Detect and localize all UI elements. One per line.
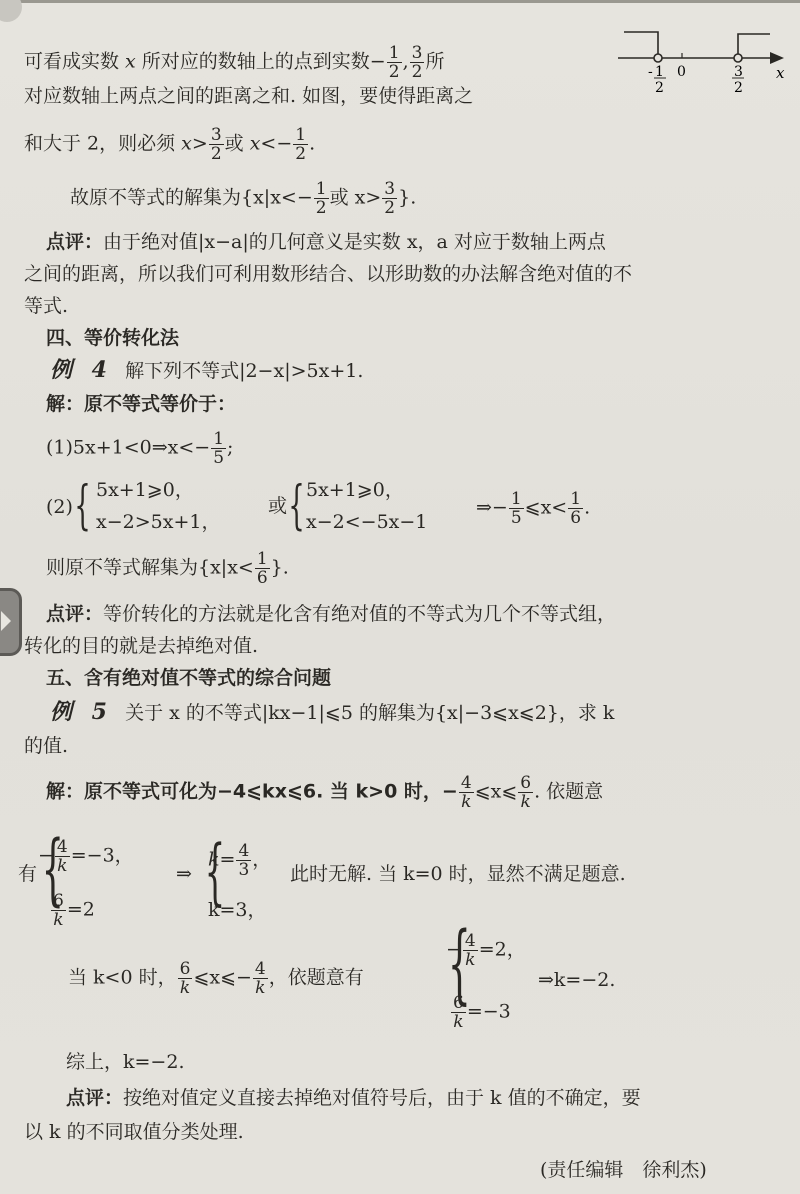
text: ,	[403, 51, 409, 73]
numerator: 4	[236, 842, 251, 861]
denominator: k	[51, 911, 65, 929]
fraction: 16	[568, 490, 583, 527]
numerator: 6	[451, 994, 466, 1013]
page-tab-arrow-icon	[0, 588, 22, 656]
comment-label: 点评：	[66, 1087, 123, 1109]
fraction: 43	[236, 842, 251, 879]
fraction: 4k	[253, 960, 268, 997]
text: −	[446, 939, 462, 961]
denominator: 5	[509, 509, 524, 527]
system-a-eq-1: −4k=−3，	[38, 838, 134, 875]
number-line-svg: - 1 2 0 3 2 x	[612, 24, 792, 104]
section-5-heading: 五、含有绝对值不等式的综合问题	[46, 666, 331, 690]
text: }.	[271, 557, 289, 579]
solution-intro: 解：原不等式等价于：	[46, 392, 236, 416]
system-c-eq-2: 6k=−3	[450, 994, 511, 1031]
editor-credit: (责任编辑 徐利杰)	[540, 1158, 707, 1182]
fraction: 32	[382, 180, 397, 217]
system-b-eq-1: k=43，	[208, 842, 271, 879]
comment-label: 点评：	[46, 231, 103, 253]
number-line-figure: - 1 2 0 3 2 x	[612, 24, 792, 104]
fraction: 6k	[51, 892, 66, 929]
numerator: 4	[459, 774, 474, 793]
text: ;	[227, 437, 233, 459]
denominator: 2	[293, 145, 308, 163]
fraction: 4k	[55, 838, 70, 875]
text: 由于绝对值|x−a|的几何意义是实数 x，a 对应于数轴上两点	[103, 231, 606, 253]
numerator: 3	[410, 44, 425, 63]
system-2-eq-1: 5x+1⩾0，	[306, 478, 404, 502]
denominator: 6	[255, 569, 270, 587]
denominator: 2	[209, 145, 224, 163]
comment-2-line-1: 点评：等价转化的方法就是化含有绝对值的不等式为几个不等式组，	[46, 602, 616, 626]
denominator: k	[55, 857, 69, 875]
comment-3-line-1: 点评：按绝对值定义直接去掉绝对值符号后，由于 k 值的不确定，要	[66, 1086, 641, 1110]
example-5-line-2: 的值.	[24, 734, 68, 758]
numerator: 1	[314, 180, 329, 199]
text: =2	[67, 899, 95, 921]
example-4: 例 4 解下列不等式|2−x|>5x+1.	[50, 358, 363, 383]
comment-3-line-2: 以 k 的不同取值分类处理.	[24, 1120, 244, 1144]
text: ，依题意有	[269, 967, 364, 989]
system-1-eq-1: 5x+1⩾0，	[96, 478, 194, 502]
comment-1-line-1: 点评：由于绝对值|x−a|的几何意义是实数 x，a 对应于数轴上两点	[46, 230, 606, 254]
numerator: 1	[509, 490, 524, 509]
denominator: 2	[410, 63, 425, 81]
text: =−3，	[71, 845, 134, 867]
svg-text:x: x	[776, 64, 785, 82]
text: 解：原不等式可化为−4⩽kx⩽6. 当 k>0 时，−	[46, 781, 458, 803]
text: =2，	[479, 939, 526, 961]
text: 或	[225, 133, 250, 155]
fraction: 12	[387, 44, 402, 81]
solution-5-line-1: 解：原不等式可化为−4⩽kx⩽6. 当 k>0 时，−4k⩽x⩽6k. 依题意	[46, 774, 603, 811]
svg-text:0: 0	[677, 64, 686, 80]
math: x>	[181, 133, 208, 155]
negative-k-line: 当 k<0 时，6k⩽x⩽−4k，依题意有	[68, 960, 364, 997]
no-solution-text: 此时无解. 当 k=0 时，显然不满足题意.	[290, 862, 626, 886]
denominator: k	[253, 979, 267, 997]
fraction: 4k	[459, 774, 474, 811]
have-text: 有	[18, 862, 37, 886]
intro-line-2: 对应数轴上两点之间的距离之和. 如图，要使得距离之	[24, 84, 473, 108]
top-border	[0, 0, 800, 3]
case-2-result: ⇒−15⩽x<16.	[476, 490, 590, 527]
conclusion: 综上，k=−2.	[66, 1050, 184, 1074]
fraction: 32	[209, 126, 224, 163]
text: ⩽x⩽−	[193, 967, 251, 989]
denominator: 2	[382, 199, 397, 217]
numerator: 1	[255, 550, 270, 569]
text: . 依题意	[534, 781, 603, 803]
text: 关于 x 的不等式|kx−1|⩽5 的解集为{x|−3⩽x⩽2}，求 k	[125, 702, 614, 724]
numerator: 1	[568, 490, 583, 509]
or-text: 或	[268, 494, 287, 518]
numerator: 1	[387, 44, 402, 63]
text: ⇒−	[476, 497, 508, 519]
text: =−3	[467, 1001, 511, 1023]
comment-1-line-2: 之间的距离，所以我们可利用数形结合、以形助数的办法解含绝对值的不	[24, 262, 632, 286]
text: 等价转化的方法就是化含有绝对值的不等式为几个不等式组，	[103, 603, 616, 625]
text: 所对应的数轴上的点到实数−	[136, 51, 386, 73]
text: 所	[425, 51, 444, 73]
text: }.	[398, 187, 416, 209]
numerator: 4	[55, 838, 70, 857]
system-1-eq-2: x−2>5x+1，	[96, 510, 220, 534]
svg-text:2: 2	[655, 80, 664, 96]
denominator: 2	[314, 199, 329, 217]
numerator: 3	[209, 126, 224, 145]
comment-label: 点评：	[46, 603, 103, 625]
numerator: 6	[51, 892, 66, 911]
text: .	[309, 133, 315, 155]
math: x<−	[250, 133, 293, 155]
comment-2-line-2: 转化的目的就是去掉绝对值.	[24, 634, 258, 658]
text: 按绝对值定义直接去掉绝对值符号后，由于 k 值的不确定，要	[123, 1087, 641, 1109]
denominator: 2	[387, 63, 402, 81]
text: ⩽x⩽	[475, 781, 518, 803]
text: .	[584, 497, 590, 519]
text: 解下列不等式|2−x|>5x+1.	[125, 360, 363, 382]
fraction: 16	[255, 550, 270, 587]
denominator: 5	[211, 449, 226, 467]
text: 当 k<0 时，	[68, 967, 177, 989]
intro-line-3: 和大于 2，则必须 x>32或 x<−12.	[24, 126, 315, 163]
final-solution-set: 则原不等式解集为{x|x<16}.	[46, 550, 289, 587]
fraction: 4k	[463, 932, 478, 969]
denominator: k	[519, 793, 533, 811]
text: −	[38, 845, 54, 867]
numerator: 4	[253, 960, 268, 979]
denominator: k	[451, 1013, 465, 1031]
numerator: 6	[518, 774, 533, 793]
example-label: 例 4	[50, 357, 113, 383]
numerator: 1	[211, 430, 226, 449]
fraction: 6k	[451, 994, 466, 1031]
left-brace-icon: {	[74, 478, 91, 534]
fraction: 32	[410, 44, 425, 81]
system-a-eq-2: 6k=2	[50, 892, 95, 929]
system-c-result: ⇒k=−2.	[538, 968, 615, 992]
svg-text:-: -	[648, 64, 653, 80]
system-2-eq-2: x−2<−5x−1	[306, 510, 427, 534]
section-4-heading: 四、等价转化法	[46, 326, 179, 350]
text: 则原不等式解集为{x|x<	[46, 557, 254, 579]
example-label: 例 5	[50, 699, 113, 725]
text: 可看成实数	[24, 51, 125, 73]
text: 故原不等式的解集为{x|x<−	[70, 187, 313, 209]
system-b-eq-2: k=3，	[208, 898, 267, 922]
denominator: 6	[568, 509, 583, 527]
example-5-line-1: 例 5 关于 x 的不等式|kx−1|⩽5 的解集为{x|−3⩽x⩽2}，求 k	[50, 700, 614, 725]
solution-set-line: 故原不等式的解集为{x|x<−12或 x>32}.	[70, 180, 416, 217]
fraction: 12	[314, 180, 329, 217]
document-page: 可看成实数 x 所对应的数轴上的点到实数−12,32所 对应数轴上两点之间的距离…	[0, 0, 800, 1194]
page-corner-decoration	[0, 0, 22, 22]
denominator: k	[178, 979, 192, 997]
left-brace-icon: {	[288, 478, 305, 534]
text: 解：原不等式等价于：	[46, 393, 236, 415]
intro-line-1: 可看成实数 x 所对应的数轴上的点到实数−12,32所	[24, 44, 444, 81]
fraction: 6k	[518, 774, 533, 811]
fraction: 15	[509, 490, 524, 527]
denominator: k	[459, 793, 473, 811]
text: k=	[208, 849, 235, 871]
text: 和大于 2，则必须	[24, 133, 181, 155]
numerator: 6	[178, 960, 193, 979]
numerator: 4	[463, 932, 478, 951]
fraction: 6k	[178, 960, 193, 997]
var-x: x	[125, 51, 136, 73]
denominator: 3	[236, 861, 251, 879]
text: (1)5x+1<0⇒x<−	[46, 437, 210, 459]
text: ⩽x<	[525, 497, 568, 519]
fraction: 15	[211, 430, 226, 467]
comment-1-line-3: 等式.	[24, 294, 68, 318]
denominator: k	[463, 951, 477, 969]
text: 或 x>	[330, 187, 382, 209]
system-c-eq-1: −4k=2，	[446, 932, 526, 969]
implies-arrow: ⇒	[176, 862, 192, 886]
numerator: 3	[382, 180, 397, 199]
svg-text:2: 2	[734, 80, 743, 96]
numerator: 1	[293, 126, 308, 145]
text: ，	[252, 849, 271, 871]
fraction: 12	[293, 126, 308, 163]
case-2-label: (2)	[46, 495, 73, 519]
case-1: (1)5x+1<0⇒x<−15;	[46, 430, 233, 467]
